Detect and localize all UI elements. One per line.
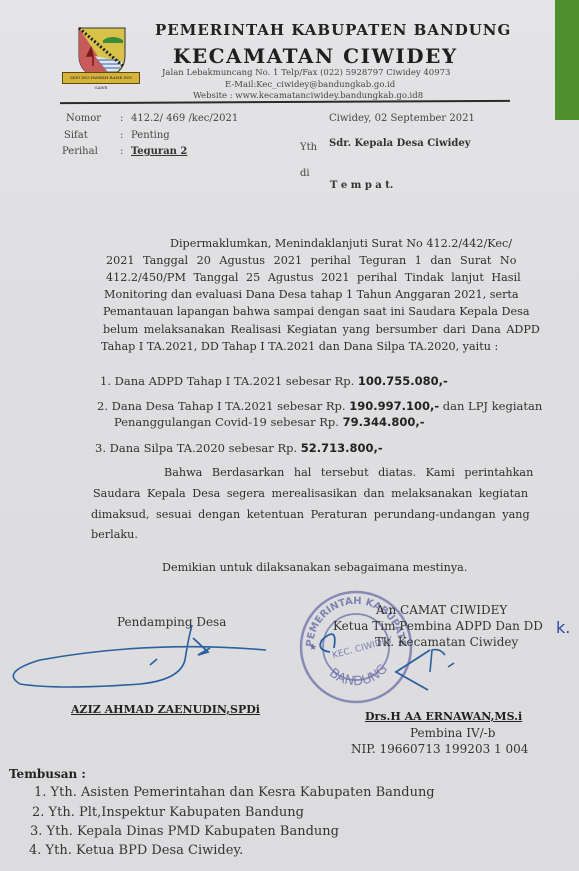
right-signer-nip: NIP. 19660713 199203 1 004 <box>351 742 528 756</box>
tembusan-item: 2. Yth. Plt,Inspektur Kabupaten Bandung <box>32 805 304 820</box>
fund-item-label: 3. Dana Silpa TA.2020 sebesar Rp. <box>95 441 301 455</box>
para2-line: berlaku. <box>91 528 138 541</box>
fund-item-2: 2. Dana Desa Tahap I TA.2021 sebesar Rp.… <box>97 399 542 413</box>
para1-line: belum melaksanakan Realisasi Kegiatan ya… <box>103 323 540 336</box>
right-signer-line2: Ketua Tim Pembina ADPD Dan DD <box>333 619 543 633</box>
email: E-Mail:Kec_ciwidey@bandungkab.go.id <box>225 80 395 90</box>
para1-line: Pemantauan lapangan bahwa sampai dengan … <box>103 305 530 318</box>
fund-item-label: 2. Dana Desa Tahap I TA.2021 sebesar Rp. <box>97 399 349 413</box>
fund-item-1: 1. Dana ADPD Tahap I TA.2021 sebesar Rp.… <box>100 374 448 388</box>
fund-item-amount: 52.713.800,- <box>301 441 383 455</box>
letter-date: Ciwidey, 02 September 2021 <box>329 113 475 124</box>
nomor-label: Nomor <box>66 113 101 124</box>
perihal-value: Teguran 2 <box>131 146 187 157</box>
government-heading: PEMERINTAH KABUPATEN BANDUNG <box>155 21 511 39</box>
tempat-label: T e m p a t. <box>330 180 393 191</box>
svg-text:BANDUNG: BANDUNG <box>326 662 391 690</box>
tembusan-label: Tembusan : <box>9 767 86 781</box>
di-label: di <box>300 168 310 179</box>
fund-item-suffix: dan LPJ kegiatan <box>439 399 542 413</box>
para1-line: 412.2/450/PM Tanggal 25 Agustus 2021 per… <box>106 271 521 284</box>
fund-item-label: 1. Dana ADPD Tahap I TA.2021 sebesar Rp. <box>100 374 358 388</box>
nomor-value: 412.2/ 469 /kec/2021 <box>131 113 238 124</box>
perihal-label: Perihal <box>62 146 98 157</box>
perihal-separator: : <box>120 146 123 157</box>
paraf-initial: k. <box>556 618 570 637</box>
fund-item-amount: 100.755.080,- <box>358 374 448 388</box>
logo-ribbon: SEPI ING PAMRIH RAME ING GAWE <box>62 72 140 84</box>
sifat-label: Sifat <box>64 130 88 141</box>
para2-line: dimaksud, sesuai dengan ketentuan Peratu… <box>91 508 530 521</box>
fund-item-label: Penanggulangan Covid-19 sebesar Rp. <box>114 415 343 429</box>
yth-label: Yth <box>300 142 317 153</box>
svg-text:★: ★ <box>309 643 317 653</box>
para1-line: Tahap I TA.2021, DD Tahap I TA.2021 dan … <box>101 340 498 353</box>
para1-line: Monitoring dan evaluasi Dana Desa tahap … <box>104 288 519 301</box>
left-signer-name: AZIZ AHMAD ZAENUDIN,SPDi <box>71 703 260 716</box>
nomor-separator: : <box>120 113 123 124</box>
para2-line: Bahwa Berdasarkan hal tersebut diatas. K… <box>164 466 533 479</box>
left-signer-title: Pendamping Desa <box>117 615 226 629</box>
background-grass <box>555 0 579 120</box>
sifat-value: Penting <box>131 130 170 141</box>
address: Jalan Lebakmuncang No. 1 Telp/Fax (022) … <box>162 68 450 78</box>
office-heading: KECAMATAN CIWIDEY <box>173 44 458 68</box>
right-signer-name: Drs.H AA ERNAWAN,MS.i <box>365 710 522 723</box>
tembusan-item: 3. Yth. Kepala Dinas PMD Kabupaten Bandu… <box>30 824 339 839</box>
para2-line: Saudara Kepala Desa segera merealisasika… <box>93 487 528 500</box>
tembusan-item: 4. Yth. Ketua BPD Desa Ciwidey. <box>29 843 243 858</box>
closing-line: Demikian untuk dilaksanakan sebagaimana … <box>162 561 467 574</box>
fund-item-2-cont: Penanggulangan Covid-19 sebesar Rp. 79.3… <box>114 415 425 429</box>
right-signer-rank: Pembina IV/-b <box>410 726 495 740</box>
tembusan-item: 1. Yth. Asisten Pemerintahan dan Kesra K… <box>34 785 435 800</box>
recipient: Sdr. Kepala Desa Ciwidey <box>329 138 471 149</box>
para1-line: 2021 Tanggal 20 Agustus 2021 perihal Teg… <box>106 254 516 267</box>
para1-line: Dipermaklumkan, Menindaklanjuti Surat No… <box>170 237 512 250</box>
fund-item-amount: 79.344.800,- <box>343 415 425 429</box>
fund-item-3: 3. Dana Silpa TA.2020 sebesar Rp. 52.713… <box>95 441 383 455</box>
fund-item-amount: 190.997.100,- <box>349 399 439 413</box>
right-signer-line1: A.n CAMAT CIWIDEY <box>376 603 507 617</box>
right-signer-line3: Tk. Kecamatan Ciwidey <box>375 635 518 649</box>
sifat-separator: : <box>120 130 123 141</box>
